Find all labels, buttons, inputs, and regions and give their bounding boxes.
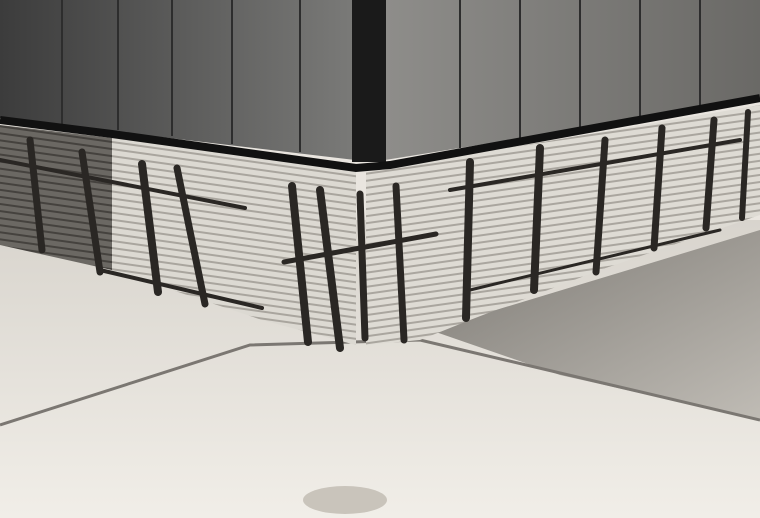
slab-stain xyxy=(303,486,387,514)
corner-trim xyxy=(352,0,386,162)
building-corner-photo xyxy=(0,0,760,518)
photo-scene xyxy=(0,0,760,518)
